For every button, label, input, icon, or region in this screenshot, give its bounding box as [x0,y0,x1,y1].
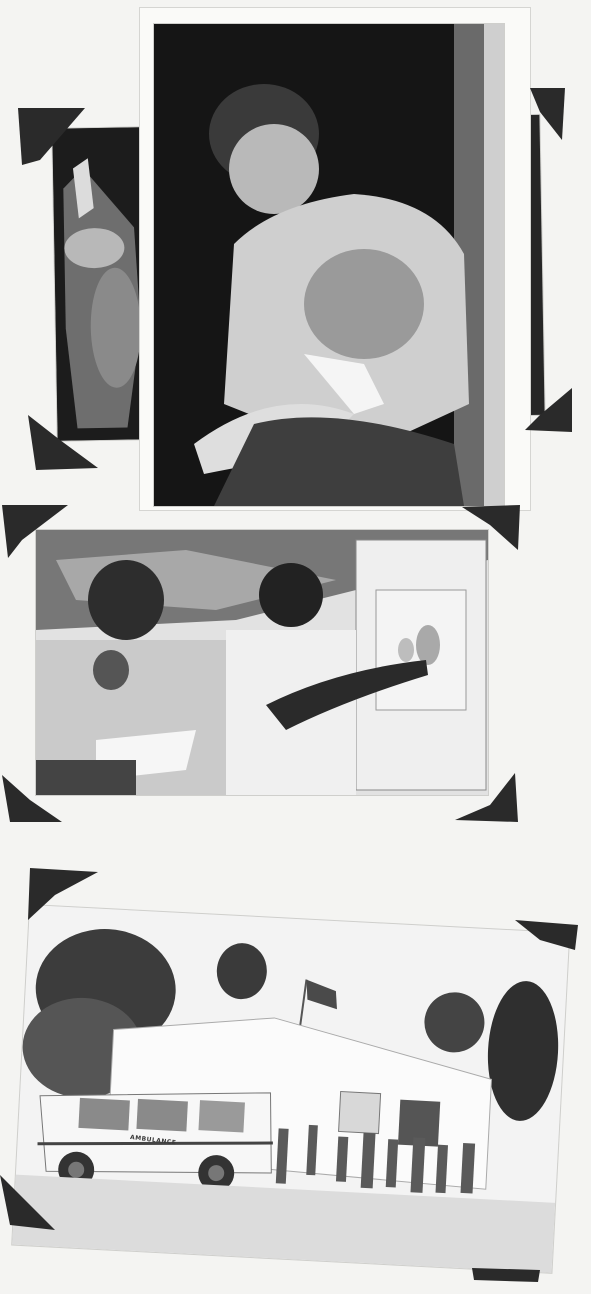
corner-mount-top-right [530,88,565,140]
corner-mount-bottom-left [28,415,98,470]
corner-mount-bottom-right [455,773,518,822]
corner-mount-top-left [18,108,85,165]
corner-mount-bottom-right [472,1268,540,1282]
corner-mount-bottom-right [525,388,572,432]
corner-mount-top-right [515,920,578,950]
corner-mount-top-left [2,505,68,558]
album-page: AMBULANCE [0,0,591,1294]
corner-mount-top-right [462,505,520,550]
corner-mount-bottom-left [2,775,62,822]
photo-corner-mounts [0,0,591,1294]
corner-mount-bottom-left [0,1175,55,1230]
corner-mount-top-left [28,868,98,920]
